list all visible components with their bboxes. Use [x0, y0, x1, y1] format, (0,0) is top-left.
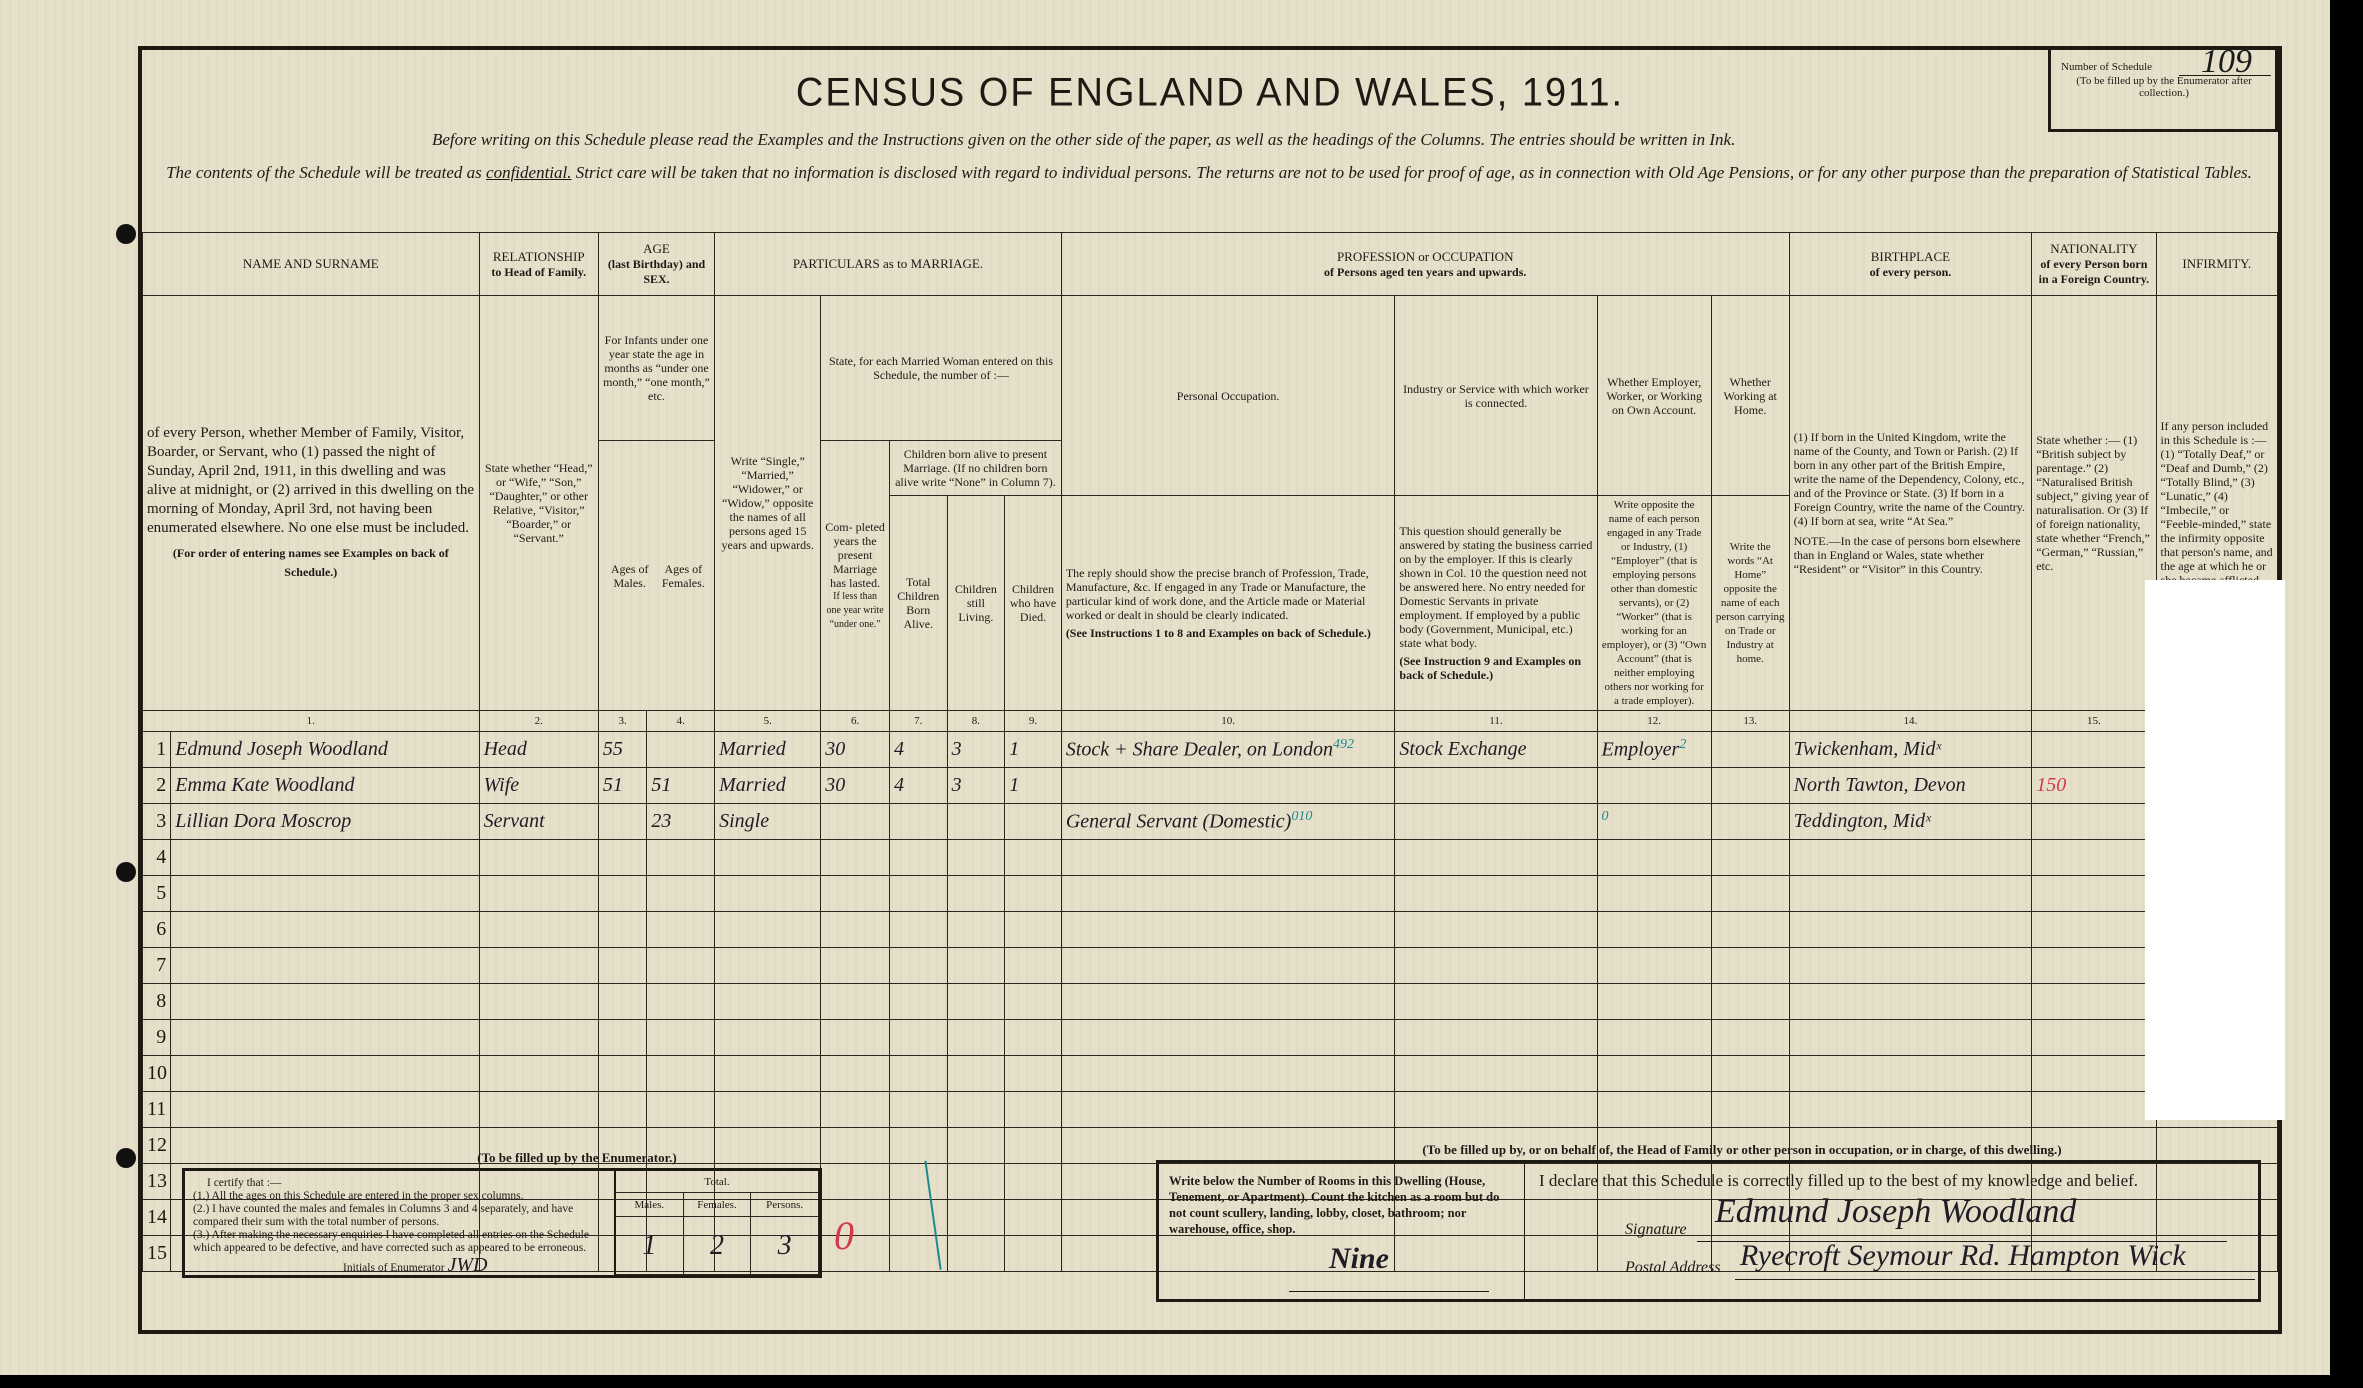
schedule-number: 109	[2201, 43, 2252, 81]
industry-cell: Stock Exchange	[1395, 732, 1597, 768]
person-name-cell: Lillian Dora Moscrop	[171, 804, 479, 840]
col10-title: Personal Occupation.	[1061, 296, 1395, 496]
birthplace-cell	[1789, 1020, 2032, 1056]
marriage-years-cell	[821, 876, 890, 912]
marriage-years-cell	[821, 1092, 890, 1128]
total-females: 2	[684, 1217, 752, 1275]
column-number: 1.	[143, 711, 480, 732]
children-died-cell	[1005, 1200, 1062, 1236]
occupation-cell	[1061, 1092, 1395, 1128]
notice-text: Strict care will be taken that no inform…	[576, 163, 2252, 182]
children-living-cell	[947, 1056, 1005, 1092]
rooms-box: Write below the Number of Rooms in this …	[1159, 1163, 1525, 1299]
nationality-cell	[2032, 1020, 2156, 1056]
industry-cell	[1395, 1056, 1597, 1092]
name-instructions: of every Person, whether Member of Famil…	[143, 296, 480, 711]
industry-cell	[1395, 768, 1597, 804]
person-name: Edmund Joseph Woodland	[175, 738, 388, 760]
birthplace: Twickenham, Midˣ	[1794, 738, 1941, 760]
relationship-cell	[479, 1056, 598, 1092]
relationship-cell	[479, 1092, 598, 1128]
row-number: 6	[143, 912, 171, 948]
column-number: 7.	[889, 711, 947, 732]
red-check-mark: 0	[834, 1212, 854, 1259]
children-died-cell	[1005, 984, 1062, 1020]
children-living-cell	[947, 912, 1005, 948]
age-female-cell	[647, 1056, 715, 1092]
working-at-home-cell	[1711, 804, 1789, 840]
working-at-home-cell	[1711, 732, 1789, 768]
age-male-cell	[598, 1020, 647, 1056]
row-number: 12	[143, 1128, 171, 1164]
birthplace-cell: Twickenham, Midˣ	[1789, 732, 2032, 768]
header-nationality: NATIONALITYof every Person born in a For…	[2032, 233, 2156, 296]
confidentiality-notice: The contents of the Schedule will be tre…	[164, 160, 2254, 186]
marital-status-cell: Married	[715, 732, 821, 768]
signature: Edmund Joseph Woodland	[1715, 1193, 2076, 1231]
birthplace-instructions: (1) If born in the United Kingdom, write…	[1789, 296, 2032, 711]
marital-status: Married	[719, 774, 786, 796]
nationality-cell	[2032, 732, 2156, 768]
marital-status-cell	[715, 876, 821, 912]
punch-hole	[116, 1148, 136, 1168]
relationship-cell	[479, 876, 598, 912]
row-number: 2	[143, 768, 171, 804]
marriage-years-cell	[821, 1236, 890, 1272]
marital-status-cell	[715, 1092, 821, 1128]
children-born-cell	[889, 1020, 947, 1056]
row-number: 5	[143, 876, 171, 912]
birthplace: Teddington, Midˣ	[1794, 810, 1931, 832]
col10-instructions: The reply should show the precise branch…	[1061, 496, 1395, 711]
enumerator-initials: JWD	[447, 1254, 487, 1276]
occupation-cell: Stock + Share Dealer, on London492	[1061, 732, 1395, 768]
marriage-years-cell	[821, 1020, 890, 1056]
industry-cell	[1395, 948, 1597, 984]
marriage-years-cell	[821, 1128, 890, 1164]
children-living-cell	[947, 876, 1005, 912]
marital-status-cell	[715, 912, 821, 948]
birthplace-cell	[1789, 840, 2032, 876]
enumerator-totals: Total. Males. Females. Persons. 1 2 3	[616, 1171, 819, 1275]
age-female-cell	[647, 1020, 715, 1056]
nationality-cell	[2032, 948, 2156, 984]
children-born-cell	[889, 912, 947, 948]
birthplace-cell: North Tawton, Devon	[1789, 768, 2032, 804]
table-row: 5	[143, 876, 2278, 912]
industry-cell	[1395, 804, 1597, 840]
children-living-cell	[947, 804, 1005, 840]
nationality-cell	[2032, 1056, 2156, 1092]
age-female-cell	[647, 912, 715, 948]
totals-label: Total.	[616, 1171, 819, 1193]
nationality-cell	[2032, 876, 2156, 912]
age-female-cell: 23	[647, 804, 715, 840]
employment-status-cell	[1597, 768, 1711, 804]
col6-instructions: Com- pleted years the present Marriage h…	[821, 441, 890, 711]
age-female-cell	[647, 840, 715, 876]
employment-code: 0	[1602, 809, 1609, 824]
column-number: 6.	[821, 711, 890, 732]
children-died-cell	[1005, 1128, 1062, 1164]
postal-address-label: Postal Address	[1625, 1259, 1721, 1277]
nationality-cell	[2032, 912, 2156, 948]
children-born-cell	[889, 840, 947, 876]
person-name-cell	[171, 912, 479, 948]
industry: Stock Exchange	[1399, 738, 1526, 760]
working-at-home-cell	[1711, 840, 1789, 876]
marriage-years-cell	[821, 1164, 890, 1200]
working-at-home-cell	[1711, 912, 1789, 948]
children-died-cell: 1	[1005, 768, 1062, 804]
employment-status-cell	[1597, 948, 1711, 984]
children-died-cell	[1005, 1056, 1062, 1092]
table-row: 3Lillian Dora MoscropServant23SingleGene…	[143, 804, 2278, 840]
header-occupation: PROFESSION or OCCUPATIONof Persons aged …	[1061, 233, 1789, 296]
person-name-cell	[171, 840, 479, 876]
col8-label: Children still Living.	[947, 496, 1005, 711]
males-label: Males.	[616, 1193, 684, 1217]
age-instructions: For Infants under one year state the age…	[598, 296, 714, 441]
notice-text: The contents of the Schedule will be tre…	[166, 163, 482, 182]
employment-status-cell: 0	[1597, 804, 1711, 840]
children-died-cell	[1005, 1092, 1062, 1128]
column-number: 2.	[479, 711, 598, 732]
row-number: 11	[143, 1092, 171, 1128]
person-name-cell	[171, 1056, 479, 1092]
children-died-cell: 1	[1005, 732, 1062, 768]
industry-cell	[1395, 1092, 1597, 1128]
age-sex-labels: Ages of Males.Ages of Females.	[598, 441, 714, 711]
table-row: 8	[143, 984, 2278, 1020]
children-instructions: Children born alive to present Marriage.…	[889, 441, 1061, 496]
total-persons: 3	[751, 1217, 819, 1275]
children-living-cell: 3	[947, 732, 1005, 768]
row-number: 8	[143, 984, 171, 1020]
children-died-cell	[1005, 1164, 1062, 1200]
occupation-cell	[1061, 1056, 1395, 1092]
col5-instructions: Write “Single,” “Married,” “Widower,” or…	[715, 296, 821, 711]
employment-status-cell	[1597, 912, 1711, 948]
col13-instructions: Write the words “At Home” opposite the n…	[1711, 496, 1789, 711]
marriage-years: 30	[825, 774, 845, 796]
industry-cell	[1395, 1020, 1597, 1056]
table-row: 10	[143, 1056, 2278, 1092]
working-at-home-cell	[1711, 1020, 1789, 1056]
occupation-cell	[1061, 1020, 1395, 1056]
children-born: 4	[894, 738, 904, 760]
children-living-cell	[947, 1092, 1005, 1128]
age-male-cell	[598, 984, 647, 1020]
working-at-home-cell	[1711, 1092, 1789, 1128]
relationship: Servant	[484, 810, 545, 832]
relationship-cell: Head	[479, 732, 598, 768]
table-row: 6	[143, 912, 2278, 948]
person-name: Lillian Dora Moscrop	[175, 810, 351, 832]
page-title: CENSUS OF ENGLAND AND WALES, 1911.	[142, 71, 2278, 116]
children-died-cell	[1005, 1020, 1062, 1056]
punch-hole	[116, 224, 136, 244]
working-at-home-cell	[1711, 948, 1789, 984]
age-male-cell: 51	[598, 768, 647, 804]
occupation-cell	[1061, 912, 1395, 948]
employment-status-cell	[1597, 840, 1711, 876]
age-male-cell: 55	[598, 732, 647, 768]
age-male: 51	[603, 774, 623, 796]
age-female-cell	[647, 876, 715, 912]
column-number: 5.	[715, 711, 821, 732]
header-infirmity: INFIRMITY.	[2156, 233, 2277, 296]
relationship-cell	[479, 840, 598, 876]
birthplace-cell	[1789, 912, 2032, 948]
signature-label: Signature	[1625, 1221, 1687, 1239]
header-age: AGE(last Birthday) and SEX.	[598, 233, 714, 296]
age-male-cell	[598, 840, 647, 876]
marital-status-cell	[715, 948, 821, 984]
industry-cell	[1395, 912, 1597, 948]
children-died: 1	[1009, 774, 1019, 796]
children-living-cell: 3	[947, 768, 1005, 804]
column-number: 15.	[2032, 711, 2156, 732]
occupation-cell: General Servant (Domestic)010	[1061, 804, 1395, 840]
row-number: 7	[143, 948, 171, 984]
birthplace-cell	[1789, 1056, 2032, 1092]
employment-status-cell	[1597, 1056, 1711, 1092]
enumerator-heading: (To be filled up by the Enumerator.)	[362, 1150, 792, 1166]
age-female-cell: 51	[647, 768, 715, 804]
head-of-family-heading: (To be filled up by, or on behalf of, th…	[1222, 1142, 2262, 1158]
children-died-cell	[1005, 912, 1062, 948]
working-at-home-cell	[1711, 768, 1789, 804]
occupation-code: 010	[1291, 809, 1312, 824]
nationality-cell: 150	[2032, 768, 2156, 804]
employment-status-cell	[1597, 984, 1711, 1020]
relationship: Head	[484, 738, 527, 760]
children-died-cell	[1005, 876, 1062, 912]
birthplace-cell	[1789, 984, 2032, 1020]
marriage-years-cell	[821, 912, 890, 948]
employment-status-cell	[1597, 876, 1711, 912]
census-table: NAME AND SURNAME RELATIONSHIPto Head of …	[142, 232, 2278, 1272]
occupation-cell	[1061, 876, 1395, 912]
marriage-years-cell: 30	[821, 768, 890, 804]
column-number: 9.	[1005, 711, 1062, 732]
employment-status-cell	[1597, 1092, 1711, 1128]
age-male-cell	[598, 1092, 647, 1128]
header-relationship: RELATIONSHIPto Head of Family.	[479, 233, 598, 296]
children-died-cell	[1005, 1236, 1062, 1272]
total-males: 1	[616, 1217, 684, 1275]
head-of-family-declaration: Write below the Number of Rooms in this …	[1156, 1160, 2261, 1302]
children-born-cell	[889, 1092, 947, 1128]
schedule-frame: CENSUS OF ENGLAND AND WALES, 1911. Befor…	[138, 46, 2282, 1334]
industry-cell	[1395, 840, 1597, 876]
relationship: Wife	[484, 774, 520, 796]
relationship-cell: Wife	[479, 768, 598, 804]
row-number: 1	[143, 732, 171, 768]
col9-label: Children who have Died.	[1005, 496, 1062, 711]
redacted-area	[2145, 580, 2285, 1120]
children-living-cell	[947, 1164, 1005, 1200]
occupation-code: 492	[1333, 737, 1354, 752]
nationality: 150	[2036, 774, 2066, 796]
postal-address-line	[1735, 1279, 2255, 1280]
marriage-years-cell	[821, 804, 890, 840]
person-name-cell: Edmund Joseph Woodland	[171, 732, 479, 768]
children-born-cell	[889, 1128, 947, 1164]
working-at-home-cell	[1711, 876, 1789, 912]
children-born-cell	[889, 1164, 947, 1200]
table-row: 4	[143, 840, 2278, 876]
children-born: 4	[894, 774, 904, 796]
relationship-cell	[479, 1020, 598, 1056]
column-number: 3.	[598, 711, 647, 732]
birthplace-cell	[1789, 948, 2032, 984]
children-living: 3	[952, 738, 962, 760]
occupation-cell	[1061, 984, 1395, 1020]
females-label: Females.	[684, 1193, 752, 1217]
column-number: 10.	[1061, 711, 1395, 732]
col11-instructions: This question should generally be answer…	[1395, 496, 1597, 711]
age-female-cell	[647, 948, 715, 984]
person-name: Emma Kate Woodland	[175, 774, 354, 796]
column-number: 12.	[1597, 711, 1711, 732]
employment-status-cell: Employer2	[1597, 732, 1711, 768]
age-male-cell	[598, 804, 647, 840]
marriage-years-cell: 30	[821, 732, 890, 768]
children-born-cell	[889, 876, 947, 912]
age-female-cell	[647, 1092, 715, 1128]
column-number: 13.	[1711, 711, 1789, 732]
table-row: 1Edmund Joseph WoodlandHead55Married3043…	[143, 732, 2278, 768]
birthplace-cell: Teddington, Midˣ	[1789, 804, 2032, 840]
children-living-cell	[947, 1236, 1005, 1272]
declaration-text: I declare that this Schedule is correctl…	[1539, 1171, 2244, 1191]
column-number: 11.	[1395, 711, 1597, 732]
schedule-number-box: Number of Schedule 109 (To be filled up …	[2048, 46, 2278, 132]
marriage-years-cell	[821, 984, 890, 1020]
table-row: 2Emma Kate WoodlandWife5151Married30431N…	[143, 768, 2278, 804]
working-at-home-cell	[1711, 984, 1789, 1020]
marital-status-cell	[715, 1020, 821, 1056]
marital-status: Married	[719, 738, 786, 760]
column-number: 14.	[1789, 711, 2032, 732]
header-birthplace: BIRTHPLACEof every person.	[1789, 233, 2032, 296]
children-born-cell: 4	[889, 768, 947, 804]
person-name-cell	[171, 876, 479, 912]
relationship-cell	[479, 912, 598, 948]
relationship-cell	[479, 984, 598, 1020]
nationality-cell	[2032, 984, 2156, 1020]
row-number: 14	[143, 1200, 171, 1236]
rooms-instructions: Write below the Number of Rooms in this …	[1169, 1173, 1514, 1237]
birthplace-cell	[1789, 1092, 2032, 1128]
age-male-cell	[598, 876, 647, 912]
table-row: 11	[143, 1092, 2278, 1128]
person-name-cell: Emma Kate Woodland	[171, 768, 479, 804]
employment-status: Employer	[1602, 739, 1680, 761]
marital-status-cell	[715, 984, 821, 1020]
marriage-years-cell	[821, 840, 890, 876]
children-died-cell	[1005, 840, 1062, 876]
col7-label: Total Children Born Alive.	[889, 496, 947, 711]
children-born-cell	[889, 804, 947, 840]
relationship-cell: Servant	[479, 804, 598, 840]
nationality-cell	[2032, 840, 2156, 876]
children-living-cell	[947, 984, 1005, 1020]
age-female: 51	[651, 774, 671, 796]
marital-status-cell: Married	[715, 768, 821, 804]
marital-status-cell	[715, 840, 821, 876]
relationship-instructions: State whether “Head,” or “Wife,” “Son,” …	[479, 296, 598, 711]
marital-status-cell: Single	[715, 804, 821, 840]
nationality-instructions: State whether :— (1) “British subject by…	[2032, 296, 2156, 711]
industry-cell	[1395, 984, 1597, 1020]
children-born-cell	[889, 984, 947, 1020]
age-female: 23	[651, 810, 671, 832]
table-row: 9	[143, 1020, 2278, 1056]
punch-hole	[116, 862, 136, 882]
col11-title: Industry or Service with which worker is…	[1395, 296, 1597, 496]
relationship-cell	[479, 948, 598, 984]
header-marriage: PARTICULARS as to MARRIAGE.	[715, 233, 1062, 296]
children-died-cell	[1005, 948, 1062, 984]
children-died: 1	[1009, 738, 1019, 760]
row-number: 15	[143, 1236, 171, 1272]
row-number: 13	[143, 1164, 171, 1200]
children-died-cell	[1005, 804, 1062, 840]
declaration-box: I declare that this Schedule is correctl…	[1525, 1163, 2258, 1299]
marriage-years: 30	[825, 738, 845, 760]
industry-cell	[1395, 876, 1597, 912]
birthplace-cell	[1789, 876, 2032, 912]
enumerator-certify-text: I certify that :— (1.) All the ages on t…	[185, 1171, 616, 1275]
age-female-cell	[647, 984, 715, 1020]
row-number: 3	[143, 804, 171, 840]
occupation: Stock + Share Dealer, on London	[1066, 739, 1333, 761]
person-name-cell	[171, 948, 479, 984]
children-living-cell	[947, 1020, 1005, 1056]
rooms-line	[1289, 1291, 1489, 1292]
children-born-cell	[889, 1056, 947, 1092]
notice-emphasis: confidential.	[486, 163, 571, 182]
col12-instructions: Write opposite the name of each person e…	[1597, 496, 1711, 711]
header-name: NAME AND SURNAME	[143, 233, 480, 296]
age-male-cell	[598, 1056, 647, 1092]
children-born-cell: 4	[889, 732, 947, 768]
persons-label: Persons.	[751, 1193, 819, 1217]
age-female-cell	[647, 732, 715, 768]
row-number: 9	[143, 1020, 171, 1056]
col12-title: Whether Employer, Worker, or Working on …	[1597, 296, 1711, 496]
marriage-years-cell	[821, 1056, 890, 1092]
column-number: 4.	[647, 711, 715, 732]
children-living-cell	[947, 1128, 1005, 1164]
census-schedule-page: CENSUS OF ENGLAND AND WALES, 1911. Befor…	[0, 0, 2330, 1375]
postal-address: Ryecroft Seymour Rd. Hampton Wick	[1740, 1239, 2186, 1273]
children-born-cell	[889, 948, 947, 984]
occupation-cell	[1061, 840, 1395, 876]
working-at-home-cell	[1711, 1056, 1789, 1092]
marital-status: Single	[719, 810, 769, 832]
children-living-cell	[947, 840, 1005, 876]
number-of-rooms: Nine	[1329, 1251, 1389, 1267]
children-living: 3	[952, 774, 962, 796]
enumerator-certificate: I certify that :— (1.) All the ages on t…	[182, 1168, 822, 1278]
col13-title: Whether Working at Home.	[1711, 296, 1789, 496]
marriage-years-cell	[821, 948, 890, 984]
birthplace: North Tawton, Devon	[1794, 774, 1966, 796]
